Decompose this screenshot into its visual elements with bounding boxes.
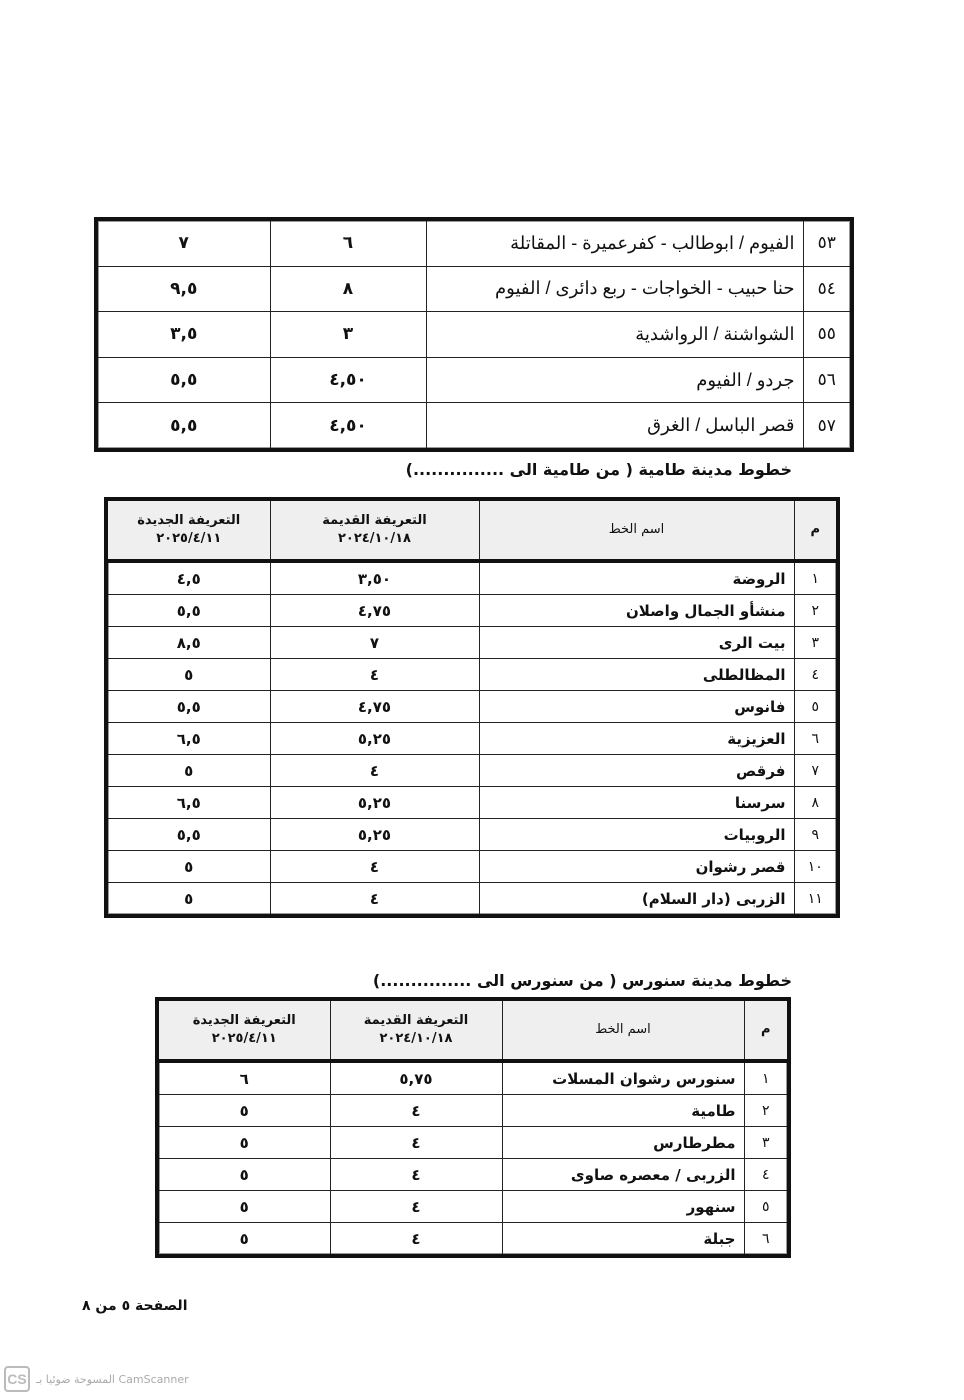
table-row: ٥سنهور٤٥ (157, 1191, 789, 1223)
header-new-fare-date: ٢٠٢٥/٤/١١ (108, 530, 270, 548)
new-fare: ٣,٥ (96, 312, 270, 358)
row-index: ٥ (744, 1191, 789, 1223)
line-name: الروبيات (479, 819, 794, 851)
table-row: ٥فانوس٤,٧٥٥,٥ (106, 691, 838, 723)
line-name: الشواشنة / الرواشدية (426, 312, 803, 358)
line-name: بيت الرى (479, 627, 794, 659)
row-index: ٨ (794, 787, 838, 819)
new-fare: ٥ (106, 883, 270, 917)
row-index: ٣ (744, 1127, 789, 1159)
old-fare: ٤ (330, 1159, 502, 1191)
old-fare: ٥,٢٥ (270, 819, 479, 851)
new-fare: ٥ (157, 1223, 330, 1257)
row-index: ٥٣ (803, 219, 852, 266)
header-new-fare: التعريفة الجديدة ٢٠٢٥/٤/١١ (106, 499, 270, 561)
new-fare: ٥ (157, 1095, 330, 1127)
table-row: ١الروضة٣,٥٠٤,٥ (106, 561, 838, 595)
line-name: سرسنا (479, 787, 794, 819)
new-fare: ٥,٥ (106, 595, 270, 627)
header-new-fare-date: ٢٠٢٥/٤/١١ (159, 1030, 330, 1048)
section-title-tamia: خطوط مدينة طامية ( من طامية الى ........… (406, 460, 792, 479)
line-name: منشأو الجمال واصلان (479, 595, 794, 627)
line-name: جردو / الفيوم (426, 357, 803, 403)
old-fare: ٤,٥٠ (270, 357, 426, 403)
table-row: ٤الزربى / معصره صاوى٤٥ (157, 1159, 789, 1191)
row-index: ١ (794, 561, 838, 595)
new-fare: ٥,٥ (106, 819, 270, 851)
table-row: ٥٧قصر الباسل / الغرق٤,٥٠٥,٥ (96, 403, 852, 450)
table-row: ٤المظالطلى٤٥ (106, 659, 838, 691)
header-new-fare-label: التعريفة الجديدة (159, 1012, 330, 1030)
header-old-fare-date: ٢٠٢٤/١٠/١٨ (271, 530, 479, 548)
line-name: فانوس (479, 691, 794, 723)
new-fare: ٦ (157, 1061, 330, 1095)
table-row: ١٠قصر رشوان٤٥ (106, 851, 838, 883)
new-fare: ٥,٥ (106, 691, 270, 723)
row-index: ٥ (794, 691, 838, 723)
old-fare: ٥,٢٥ (270, 787, 479, 819)
old-fare: ٤ (270, 851, 479, 883)
row-index: ٥٥ (803, 312, 852, 358)
header-index: م (794, 499, 838, 561)
new-fare: ٥,٥ (96, 357, 270, 403)
new-fare: ٦,٥ (106, 723, 270, 755)
row-index: ١١ (794, 883, 838, 917)
new-fare: ٥ (106, 851, 270, 883)
line-name: الزربى (دار السلام) (479, 883, 794, 917)
section-title-sanhur: خطوط مدينة سنورس ( من سنورس الى ........… (373, 971, 792, 990)
row-index: ٤ (744, 1159, 789, 1191)
new-fare: ٥ (157, 1127, 330, 1159)
new-fare: ٩,٥ (96, 266, 270, 312)
fares-table-tamia: م اسم الخط التعريفة القديمة ٢٠٢٤/١٠/١٨ ا… (104, 497, 840, 918)
header-line-name: اسم الخط (479, 499, 794, 561)
old-fare: ٥,٢٥ (270, 723, 479, 755)
old-fare: ٤ (270, 883, 479, 917)
old-fare: ٨ (270, 266, 426, 312)
row-index: ١ (744, 1061, 789, 1095)
table-header-row: م اسم الخط التعريفة القديمة ٢٠٢٤/١٠/١٨ ا… (106, 499, 838, 561)
old-fare: ٤ (330, 1127, 502, 1159)
table-row: ٥٦جردو / الفيوم٤,٥٠٥,٥ (96, 357, 852, 403)
fares-table-continued: ٥٣الفيوم / ابوطالب - كفرعميرة - المقاتلة… (94, 217, 854, 452)
table-row: ٧فرقص٤٥ (106, 755, 838, 787)
table-row: ٢منشأو الجمال واصلان٤,٧٥٥,٥ (106, 595, 838, 627)
row-index: ٥٧ (803, 403, 852, 450)
line-name: فرقص (479, 755, 794, 787)
new-fare: ٥ (157, 1191, 330, 1223)
line-name: سنورس رشوان المسلات (502, 1061, 744, 1095)
line-name: حنا حبيب - الخواجات - ربع دائرى / الفيوم (426, 266, 803, 312)
old-fare: ٧ (270, 627, 479, 659)
old-fare: ٤,٥٠ (270, 403, 426, 450)
header-new-fare: التعريفة الجديدة ٢٠٢٥/٤/١١ (157, 999, 330, 1061)
old-fare: ٤,٧٥ (270, 595, 479, 627)
row-index: ١٠ (794, 851, 838, 883)
table-row: ٦العزيزية٥,٢٥٦,٥ (106, 723, 838, 755)
new-fare: ٤,٥ (106, 561, 270, 595)
table-row: ١١الزربى (دار السلام)٤٥ (106, 883, 838, 917)
row-index: ٢ (794, 595, 838, 627)
header-new-fare-label: التعريفة الجديدة (108, 512, 270, 530)
table-row: ٣مطرطارس٤٥ (157, 1127, 789, 1159)
header-line-name: اسم الخط (502, 999, 744, 1061)
new-fare: ٥ (157, 1159, 330, 1191)
line-name: المظالطلى (479, 659, 794, 691)
old-fare: ٤ (330, 1095, 502, 1127)
table-row: ٨سرسنا٥,٢٥٦,٥ (106, 787, 838, 819)
page-number: الصفحة ٥ من ٨ (82, 1298, 188, 1314)
line-name: مطرطارس (502, 1127, 744, 1159)
table-row: ٥٥الشواشنة / الرواشدية٣٣,٥ (96, 312, 852, 358)
camscanner-logo-icon: CS (4, 1366, 30, 1392)
old-fare: ٤ (270, 755, 479, 787)
table-row: ١سنورس رشوان المسلات٥,٧٥٦ (157, 1061, 789, 1095)
table-row: ٩الروبيات٥,٢٥٥,٥ (106, 819, 838, 851)
header-old-fare-date: ٢٠٢٤/١٠/١٨ (331, 1030, 502, 1048)
old-fare: ٤,٧٥ (270, 691, 479, 723)
table-row: ٦جبلة٤٥ (157, 1223, 789, 1257)
new-fare: ٨,٥ (106, 627, 270, 659)
fares-table-sanhur: م اسم الخط التعريفة القديمة ٢٠٢٤/١٠/١٨ ا… (155, 997, 791, 1258)
table-row: ٢طامية٤٥ (157, 1095, 789, 1127)
new-fare: ٥ (106, 659, 270, 691)
old-fare: ٣ (270, 312, 426, 358)
row-index: ٢ (744, 1095, 789, 1127)
row-index: ٥٦ (803, 357, 852, 403)
camscanner-watermark: CS المسوحة ضوئيا بـ CamScanner (4, 1366, 189, 1392)
old-fare: ٤ (330, 1223, 502, 1257)
new-fare: ٧ (96, 219, 270, 266)
table-row: ٥٣الفيوم / ابوطالب - كفرعميرة - المقاتلة… (96, 219, 852, 266)
old-fare: ٣,٥٠ (270, 561, 479, 595)
row-index: ٥٤ (803, 266, 852, 312)
watermark-text: المسوحة ضوئيا بـ CamScanner (36, 1373, 189, 1386)
new-fare: ٥,٥ (96, 403, 270, 450)
row-index: ٦ (794, 723, 838, 755)
line-name: سنهور (502, 1191, 744, 1223)
old-fare: ٤ (270, 659, 479, 691)
line-name: الزربى / معصره صاوى (502, 1159, 744, 1191)
table-header-row: م اسم الخط التعريفة القديمة ٢٠٢٤/١٠/١٨ ا… (157, 999, 789, 1061)
table-row: ٣بيت الرى٧٨,٥ (106, 627, 838, 659)
line-name: طامية (502, 1095, 744, 1127)
new-fare: ٦,٥ (106, 787, 270, 819)
line-name: العزيزية (479, 723, 794, 755)
new-fare: ٥ (106, 755, 270, 787)
header-old-fare-label: التعريفة القديمة (331, 1012, 502, 1030)
row-index: ٣ (794, 627, 838, 659)
header-old-fare-label: التعريفة القديمة (271, 512, 479, 530)
row-index: ٤ (794, 659, 838, 691)
line-name: قصر رشوان (479, 851, 794, 883)
old-fare: ٥,٧٥ (330, 1061, 502, 1095)
header-old-fare: التعريفة القديمة ٢٠٢٤/١٠/١٨ (330, 999, 502, 1061)
line-name: الروضة (479, 561, 794, 595)
table-row: ٥٤حنا حبيب - الخواجات - ربع دائرى / الفي… (96, 266, 852, 312)
header-old-fare: التعريفة القديمة ٢٠٢٤/١٠/١٨ (270, 499, 479, 561)
row-index: ٩ (794, 819, 838, 851)
line-name: الفيوم / ابوطالب - كفرعميرة - المقاتلة (426, 219, 803, 266)
header-index: م (744, 999, 789, 1061)
line-name: جبلة (502, 1223, 744, 1257)
old-fare: ٤ (330, 1191, 502, 1223)
old-fare: ٦ (270, 219, 426, 266)
row-index: ٦ (744, 1223, 789, 1257)
line-name: قصر الباسل / الغرق (426, 403, 803, 450)
row-index: ٧ (794, 755, 838, 787)
